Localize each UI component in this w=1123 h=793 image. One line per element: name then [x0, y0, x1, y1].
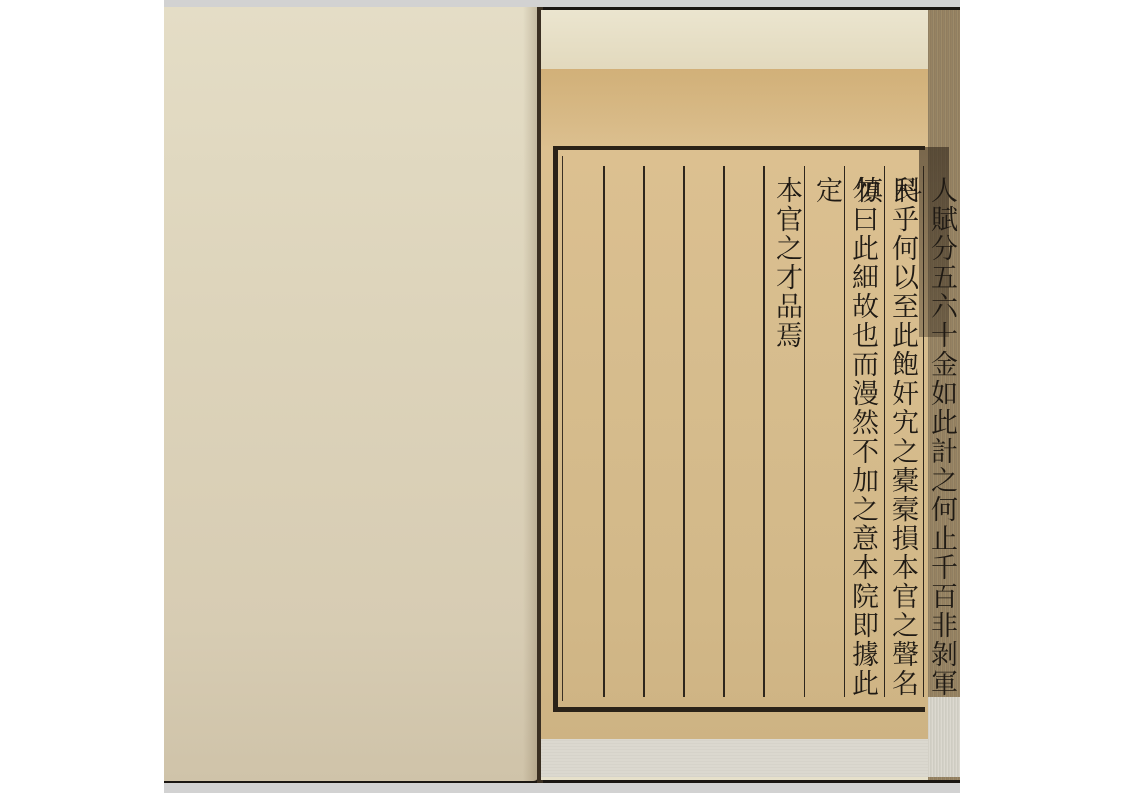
document-viewer: 人賦分五六十金如此計之何止千百非剝軍科 民乎何以至此飽奸宄之橐槖損本官之聲名慎 … [0, 0, 1123, 793]
text-column-3: 勿曰此細故也而漫然不加之意本院即據此定 [808, 176, 880, 701]
column-rule [723, 166, 725, 697]
page-stack-bottom [541, 739, 928, 777]
right-page-top-flyleaf [541, 10, 928, 70]
water-stain [541, 69, 928, 149]
column-rule [763, 166, 765, 697]
viewer-top-bar [164, 0, 960, 7]
printed-frame: 人賦分五六十金如此計之何止千百非剝軍科 民乎何以至此飽奸宄之橐槖損本官之聲名慎 … [553, 146, 925, 712]
column-rule [683, 166, 685, 697]
column-rule [643, 166, 645, 697]
left-page-blank [164, 7, 539, 781]
viewer-bottom-bar [164, 783, 960, 793]
column-rule [603, 166, 605, 697]
text-column-4: 本官之才品焉 [768, 176, 804, 350]
book-scan: 人賦分五六十金如此計之何止千百非剝軍科 民乎何以至此飽奸宄之橐槖損本官之聲名慎 … [164, 7, 960, 783]
fore-edge-lower [928, 697, 960, 777]
column-rule [804, 166, 805, 697]
frame-inner-border: 人賦分五六十金如此計之何止千百非剝軍科 民乎何以至此飽奸宄之橐槖損本官之聲名慎 … [562, 156, 925, 701]
